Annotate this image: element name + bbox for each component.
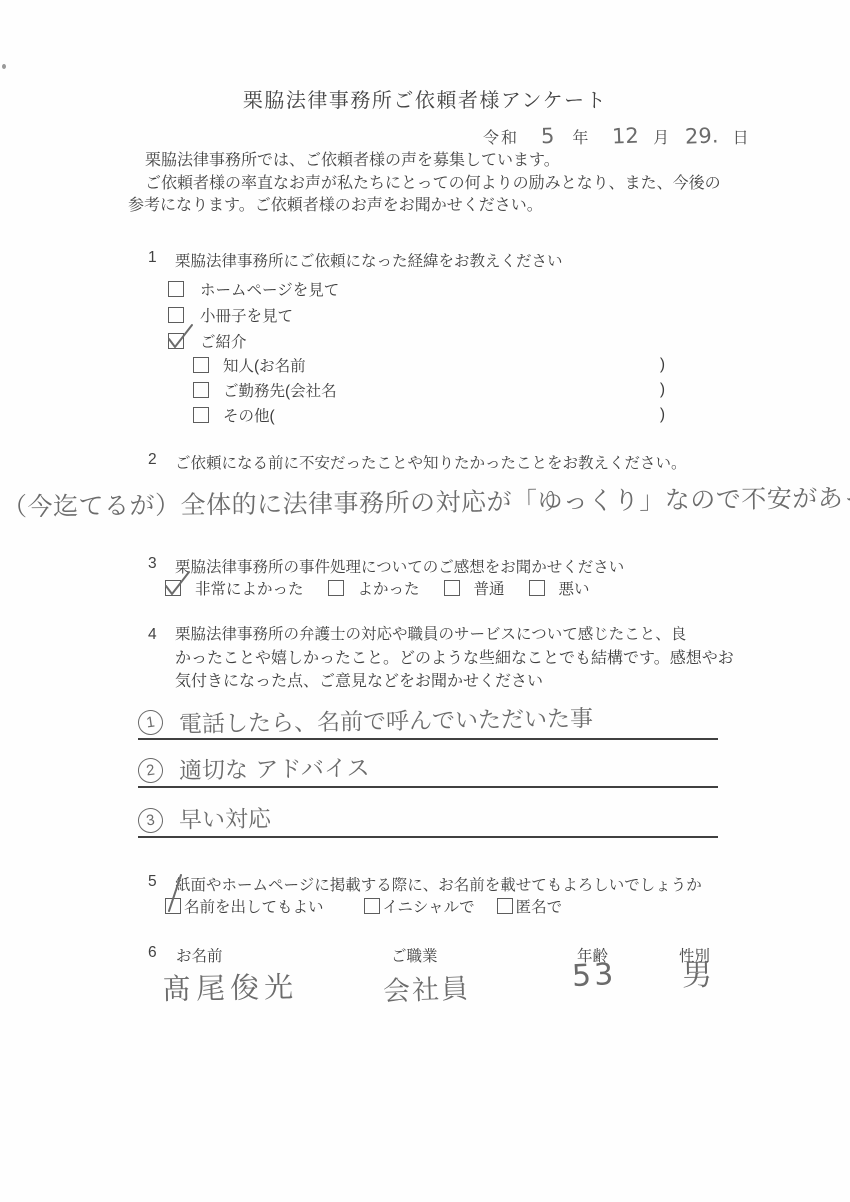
- suboption-other-label: その他(: [223, 404, 275, 426]
- question-1-sub-options: 知人(お名前 ) ご勤務先(会社名 ) その他( ): [193, 352, 665, 427]
- intro-line: 栗脇法律事務所では、ご依頼者様の声を募集しています。: [128, 150, 750, 173]
- option-bad-label: 悪い: [559, 577, 590, 599]
- question-3-text: 栗脇法律事務所の事件処理についてのご感想をお聞かせください: [175, 555, 624, 577]
- question-1-options: ホームページを見て 小冊子を見て ご紹介: [168, 276, 648, 354]
- option-anonymous-label: 匿名で: [516, 895, 563, 917]
- option-real-name-ok: 名前を出してもよい: [165, 895, 324, 917]
- survey-form-page: 栗脇法律事務所ご依頼者様アンケート 令和 5 年 12 月 29. 日 栗脇法律…: [0, 0, 850, 1202]
- question-5-options: 名前を出してもよい イニシャルで 匿名で: [165, 895, 562, 917]
- option-good-label: よかった: [358, 577, 420, 599]
- intro-line: ご依頼者様の率直なお声が私たちにとっての何よりの励みとなり、また、今後の: [128, 173, 750, 196]
- question-4-number: 4: [148, 623, 175, 647]
- question-4-line: 栗脇法律事務所の弁護士の対応や職員のサービスについて感じたこと、良: [175, 623, 686, 647]
- checkbox-acquaintance[interactable]: [193, 357, 209, 373]
- checkbox-booklet[interactable]: [168, 307, 184, 323]
- page-title: 栗脇法律事務所ご依頼者様アンケート: [0, 84, 850, 113]
- question-4: 4 栗脇法律事務所の弁護士の対応や職員のサービスについて感じたこと、良 かったこ…: [148, 623, 748, 694]
- suboption-workplace-label: ご勤務先(会社名: [223, 379, 337, 401]
- answer-2-text: 適切な アドバイス: [179, 750, 370, 786]
- question-2-text: ご依頼になる前に不安だったことや知りたかったことをお教えください。: [175, 451, 687, 473]
- option-booklet-label: 小冊子を見て: [200, 304, 293, 326]
- checkbox-normal[interactable]: [444, 580, 460, 596]
- name-field-label: お名前: [176, 944, 223, 966]
- option-initials: イニシャルで: [364, 895, 475, 917]
- checkbox-very-good[interactable]: [165, 580, 181, 596]
- occupation-field-label: ご職業: [391, 944, 438, 966]
- question-1: 1 栗脇法律事務所にご依頼になった経緯をお教えください: [148, 249, 748, 271]
- date-day-label: 日: [733, 125, 751, 148]
- suboption-acquaintance-label: 知人(お名前: [223, 354, 306, 376]
- option-very-good-label: 非常によかった: [195, 577, 304, 599]
- question-3: 3 栗脇法律事務所の事件処理についてのご感想をお聞かせください: [148, 555, 748, 577]
- option-normal-label: 普通: [474, 577, 505, 599]
- intro-line: 参考になります。ご依頼者様のお声をお聞かせください。: [128, 195, 750, 218]
- date-day-value: 29.: [685, 123, 719, 148]
- question-6-number: 6: [148, 944, 157, 962]
- checkbox-good[interactable]: [328, 580, 344, 596]
- name-field-value: 髙尾俊光: [162, 965, 299, 1008]
- option-very-good: 非常によかった: [165, 577, 304, 599]
- suboption-workplace: ご勤務先(会社名 ): [193, 377, 665, 402]
- option-referral-label: ご紹介: [200, 330, 247, 352]
- question-1-text: 栗脇法律事務所にご依頼になった経緯をお教えください: [175, 249, 563, 271]
- gender-field-value: 男: [682, 950, 713, 995]
- answer-line-3: 3 早い対応: [138, 801, 718, 838]
- date-year-value: 5: [541, 124, 555, 148]
- answer-line-1: 1 電話したら、名前で呼んでいただいた事: [138, 703, 718, 740]
- answer-3-text: 早い対応: [179, 800, 271, 834]
- date-month-label: 月: [653, 125, 671, 148]
- option-referral: ご紹介: [168, 328, 648, 354]
- question-1-number: 1: [148, 249, 175, 271]
- question-2-handwritten-answer: （今迄てるが）全体的に法律事務所の対応が「ゆっくり」なので不安があった: [2, 479, 848, 524]
- scan-artifact-dot: [2, 64, 6, 69]
- option-normal: 普通: [444, 577, 505, 599]
- option-bad: 悪い: [529, 577, 590, 599]
- checkbox-bad[interactable]: [529, 580, 545, 596]
- checkbox-other[interactable]: [193, 407, 209, 423]
- checkbox-anonymous[interactable]: [497, 898, 513, 914]
- answer-1-text: 電話したら、名前で呼んでいただいた事: [179, 700, 593, 739]
- close-paren: ): [660, 381, 665, 399]
- question-2: 2 ご依頼になる前に不安だったことや知りたかったことをお教えください。: [148, 451, 768, 473]
- checkbox-referral[interactable]: [168, 333, 184, 349]
- checkbox-homepage[interactable]: [168, 281, 184, 297]
- checkbox-initials[interactable]: [364, 898, 380, 914]
- question-4-line: かったことや嬉しかったこと。どのような些細なことでも結構です。感想やお: [148, 647, 748, 671]
- option-homepage: ホームページを見て: [168, 276, 648, 302]
- question-2-number: 2: [148, 451, 175, 473]
- date-year-label: 年: [572, 125, 590, 148]
- circled-number-2: 2: [136, 756, 164, 784]
- answer-line-2: 2 適切な アドバイス: [138, 751, 718, 788]
- option-good: よかった: [328, 577, 420, 599]
- circled-number-3: 3: [136, 806, 164, 834]
- checkbox-real-name-ok[interactable]: [165, 898, 181, 914]
- option-booklet: 小冊子を見て: [168, 302, 648, 328]
- suboption-acquaintance: 知人(お名前 ): [193, 352, 665, 377]
- age-field-value: 53: [571, 957, 617, 994]
- date-month-value: 12: [612, 124, 640, 149]
- option-real-name-ok-label: 名前を出してもよい: [184, 895, 324, 917]
- option-anonymous: 匿名で: [497, 895, 563, 917]
- date-era-label: 令和: [483, 125, 519, 148]
- question-4-line: 気付きになった点、ご意見などをお聞かせください: [148, 670, 748, 694]
- option-initials-label: イニシャルで: [383, 895, 475, 917]
- circled-number-1: 1: [136, 708, 164, 736]
- question-5: 5 紙面やホームページに掲載する際に、お名前を載せてもよろしいでしょうか: [148, 873, 768, 895]
- occupation-field-value: 会社員: [382, 966, 470, 1008]
- option-homepage-label: ホームページを見て: [200, 278, 339, 300]
- intro-paragraph: 栗脇法律事務所では、ご依頼者様の声を募集しています。 ご依頼者様の率直なお声が私…: [128, 150, 750, 218]
- suboption-other: その他( ): [193, 402, 665, 427]
- question-3-options: 非常によかった よかった 普通 悪い: [165, 577, 590, 599]
- date-line: 令和 5 年 12 月 29. 日: [483, 124, 751, 148]
- close-paren: ): [660, 406, 665, 424]
- question-5-text: 紙面やホームページに掲載する際に、お名前を載せてもよろしいでしょうか: [175, 873, 702, 895]
- close-paren: ): [660, 356, 665, 374]
- checkbox-workplace[interactable]: [193, 382, 209, 398]
